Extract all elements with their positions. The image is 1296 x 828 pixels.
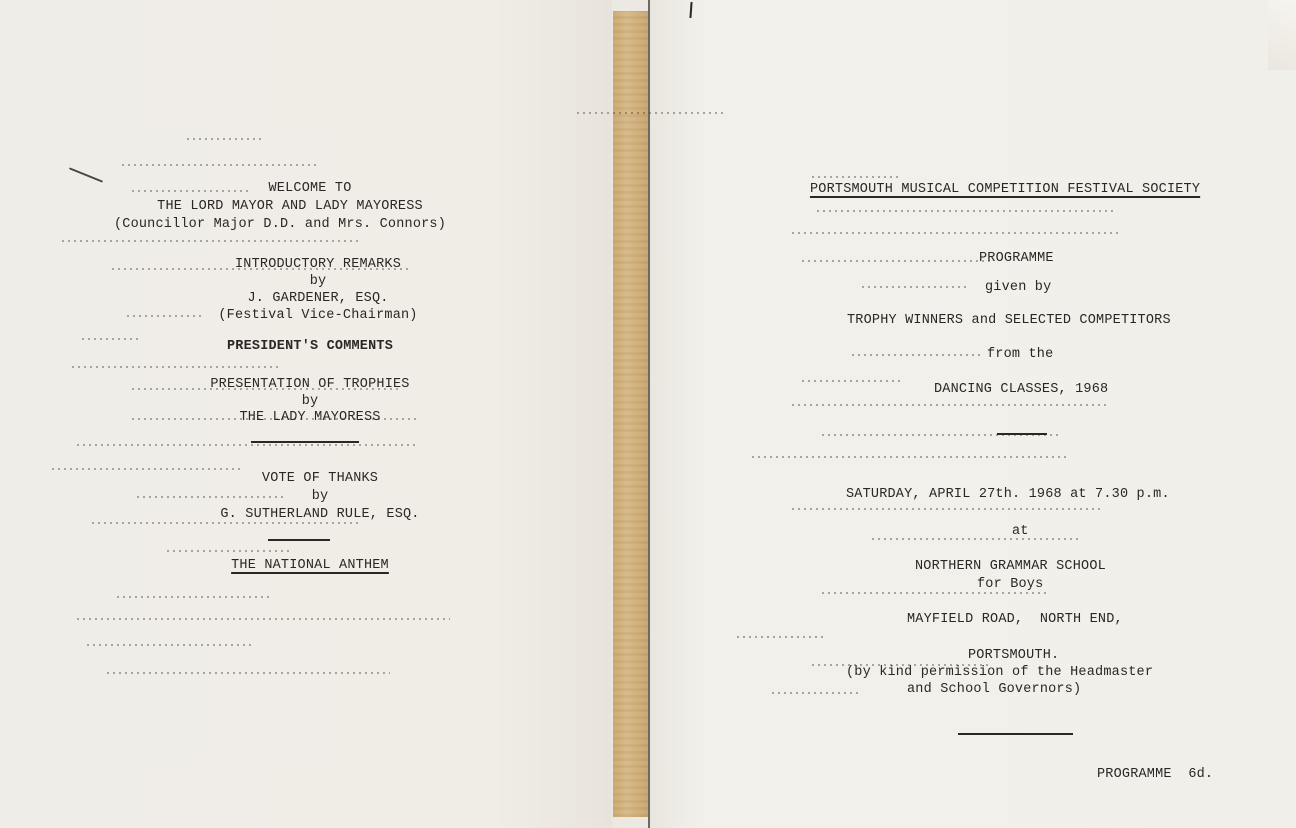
- dot-impression: [75, 444, 415, 446]
- dot-impression: [115, 596, 270, 598]
- page-corner-fold: [1268, 0, 1296, 70]
- dot-impression: [120, 164, 320, 166]
- dancing-classes-line: DANCING CLASSES, 1968: [934, 382, 1108, 398]
- presidents-comments-heading: PRESIDENT'S COMMENTS: [30, 339, 590, 355]
- section-divider: [997, 433, 1047, 435]
- binding-tape: [613, 11, 648, 817]
- dot-impression: [800, 260, 990, 262]
- dot-impression: [735, 636, 825, 638]
- welcome-guests-names: (Councillor Major D.D. and Mrs. Connors): [0, 217, 560, 233]
- by-label: by: [38, 274, 598, 290]
- by-label: by: [40, 489, 600, 505]
- at-label: at: [1012, 524, 1029, 540]
- dot-impression: [750, 456, 1070, 458]
- dot-impression: [790, 232, 1120, 234]
- national-anthem-heading: THE NATIONAL ANTHEM: [30, 558, 590, 574]
- welcome-guests: THE LORD MAYOR AND LADY MAYORESS: [10, 199, 570, 215]
- dot-impression: [575, 112, 725, 114]
- presentation-heading: PRESENTATION OF TROPHIES: [30, 377, 590, 393]
- dot-impression: [790, 404, 1110, 406]
- dot-impression: [85, 644, 255, 646]
- section-divider: [251, 441, 359, 443]
- venue-address: MAYFIELD ROAD, NORTH END,: [907, 612, 1123, 628]
- speaker-gardener-title: (Festival Vice-Chairman): [38, 308, 598, 324]
- dot-impression: [870, 538, 1080, 540]
- speaker-gardener: J. GARDENER, ESQ.: [38, 291, 598, 307]
- dot-impression: [185, 138, 265, 140]
- by-label: by: [30, 394, 590, 410]
- dot-impression: [850, 354, 980, 356]
- dot-impression: [810, 176, 900, 178]
- welcome-heading: WELCOME TO: [40, 181, 580, 197]
- dot-impression: [50, 468, 240, 470]
- section-divider: [268, 539, 330, 541]
- speaker-lady-mayoress: THE LADY MAYORESS: [30, 410, 590, 426]
- dot-impression: [815, 210, 1115, 212]
- event-date-time: SATURDAY, APRIL 27th. 1968 at 7.30 p.m.: [846, 487, 1170, 503]
- dot-impression: [860, 286, 970, 288]
- dot-impression: [800, 380, 900, 382]
- dot-impression: [75, 618, 450, 620]
- dot-impression: [165, 550, 290, 552]
- performers-line: TROPHY WINNERS and SELECTED COMPETITORS: [847, 313, 1171, 329]
- dot-impression: [770, 692, 860, 694]
- speaker-sutherland-rule: G. SUTHERLAND RULE, ESQ.: [40, 507, 600, 523]
- venue-name: NORTHERN GRAMMAR SCHOOL: [915, 559, 1106, 575]
- dot-impression: [70, 366, 280, 368]
- programme-heading: PROGRAMME: [979, 251, 1054, 267]
- dot-impression: [790, 508, 1100, 510]
- given-by-label: given by: [985, 280, 1051, 296]
- section-divider: [958, 733, 1073, 735]
- introductory-remarks-heading: INTRODUCTORY REMARKS: [38, 257, 598, 273]
- venue-name-suffix: for Boys: [977, 577, 1043, 593]
- dot-impression: [60, 240, 360, 242]
- dot-impression: [105, 672, 390, 674]
- from-the-label: from the: [987, 347, 1053, 363]
- society-title: PORTSMOUTH MUSICAL COMPETITION FESTIVAL …: [810, 182, 1200, 198]
- vote-of-thanks-heading: VOTE OF THANKS: [40, 471, 600, 487]
- venue-city: PORTSMOUTH.: [968, 648, 1059, 664]
- right-page: [650, 0, 1296, 828]
- permission-note-cont: and School Governors): [907, 682, 1081, 698]
- permission-note: (by kind permission of the Headmaster: [846, 665, 1153, 681]
- programme-price: PROGRAMME 6d.: [1097, 767, 1213, 783]
